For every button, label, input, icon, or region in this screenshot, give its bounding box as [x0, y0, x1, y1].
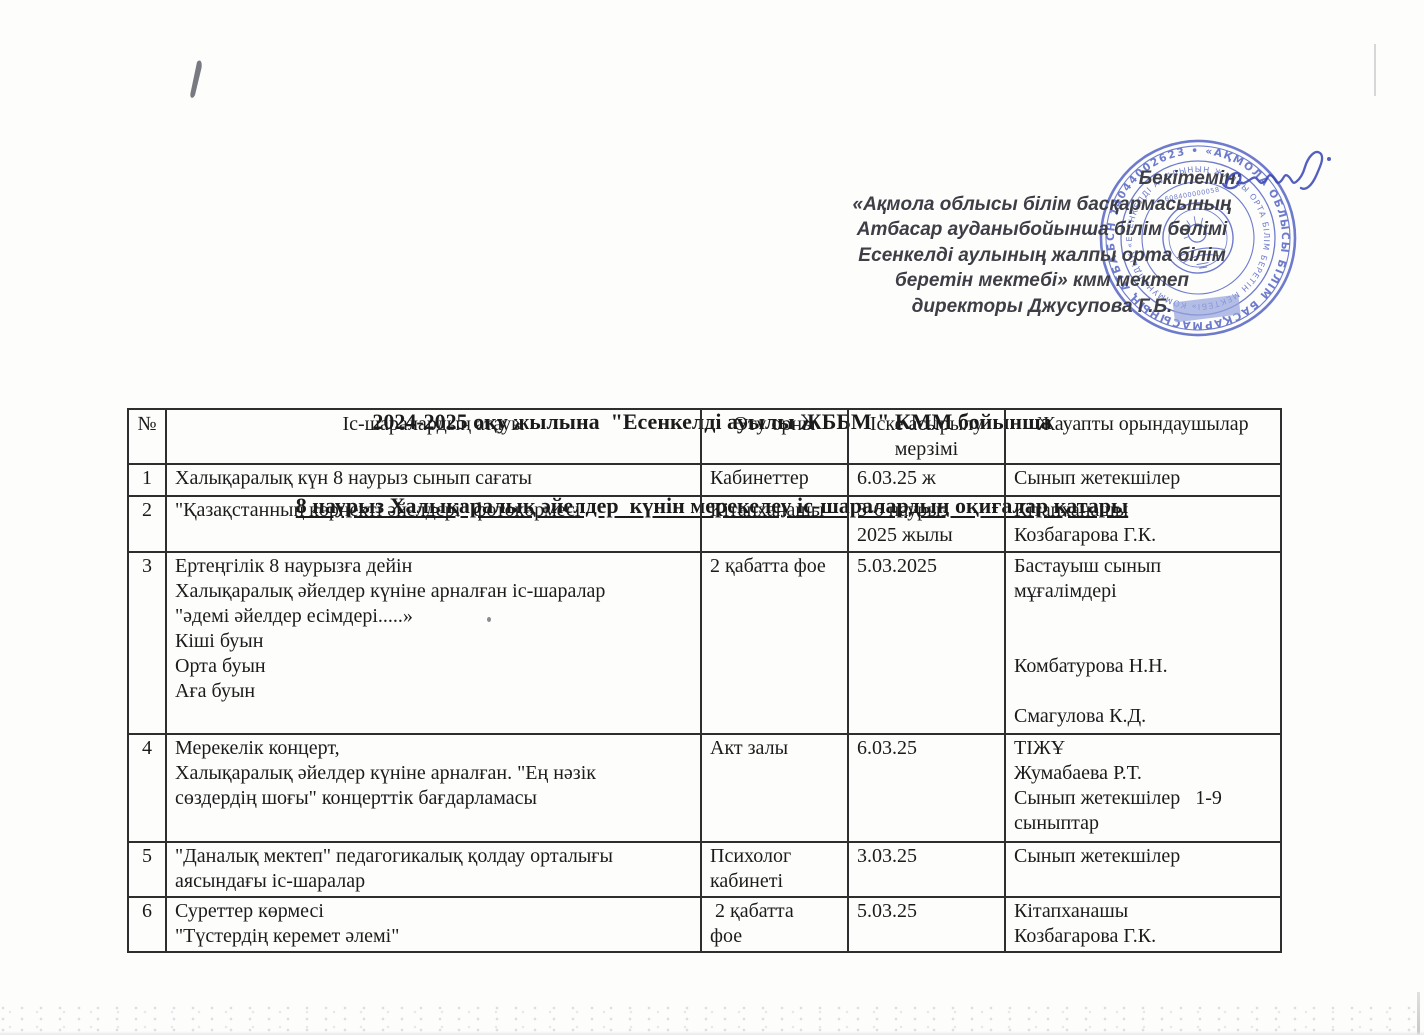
scan-bottom-edge	[0, 1031, 1424, 1035]
column-header: Іс-шаралардың атауы	[166, 409, 701, 464]
table-row: 4Мерекелік концерт, Халықаралық әйелдер …	[128, 734, 1281, 842]
approve-label: Бекітемін:	[830, 166, 1254, 192]
responsible-cell: Бастауыш сынып мұғалімдері Комбатурова Н…	[1005, 552, 1281, 734]
column-header: Іске асырылу мерзімі	[848, 409, 1005, 464]
approval-director-line: директоры Джусупова Г.Б.	[830, 294, 1254, 320]
column-header: Жауапты орындаушылар	[1005, 409, 1281, 464]
approval-org-line: беретін мектебі» кмм мектеп	[830, 268, 1254, 294]
date-cell: 3.03.25	[848, 842, 1005, 897]
approval-org-line: «Ақмола облысы білім басқармасының	[830, 192, 1254, 218]
row-number-cell: 6	[128, 897, 166, 952]
director-signature	[1212, 138, 1352, 208]
signature-ink-dot	[1327, 157, 1331, 161]
responsible-cell: ТІЖҰ Жумабаева Р.Т. Сынып жетекшілер 1-9…	[1005, 734, 1281, 842]
table-row: 5"Даналық мектеп" педагогикалық қолдау о…	[128, 842, 1281, 897]
table-header-row: №Іс-шаралардың атауыӨту орныІске асырылу…	[128, 409, 1281, 464]
event-name-cell: Халықаралық күн 8 наурыз сынып сағаты	[166, 464, 701, 496]
table-row: 1Халықаралық күн 8 наурыз сынып сағатыКа…	[128, 464, 1281, 496]
venue-cell: 2 қабатта фое	[701, 552, 848, 734]
events-table: №Іс-шаралардың атауыӨту орныІске асырылу…	[127, 408, 1282, 953]
approval-org-line: Есенкелді аулының жалпы орта білім	[830, 243, 1254, 269]
scanned-document-page: БСН 14044002623 • «АҚМОЛА ОБЛЫСЫ БІЛІМ Б…	[0, 0, 1424, 1035]
responsible-cell: Кітапханашы Козбагарова Г.К.	[1005, 496, 1281, 552]
date-cell: 6.03.25 ж	[848, 464, 1005, 496]
event-name-cell: Ертеңгілік 8 наурызға дейін Халықаралық …	[166, 552, 701, 734]
event-name-cell: Мерекелік концерт, Халықаралық әйелдер к…	[166, 734, 701, 842]
table-row: 2"Қазақстанның көрнекті әйелдері" фотокө…	[128, 496, 1281, 552]
column-header: Өту орны	[701, 409, 848, 464]
row-number-cell: 4	[128, 734, 166, 842]
date-cell: 5.03.2025	[848, 552, 1005, 734]
venue-cell: Кітапханашы	[701, 496, 848, 552]
date-cell: 3-6 наурыз 2025 жылы	[848, 496, 1005, 552]
responsible-cell: Сынып жетекшілер	[1005, 464, 1281, 496]
scan-dot-artifact	[487, 617, 491, 622]
column-header: №	[128, 409, 166, 464]
row-number-cell: 1	[128, 464, 166, 496]
venue-cell: Кабинеттер	[701, 464, 848, 496]
date-cell: 5.03.25	[848, 897, 1005, 952]
event-name-cell: "Даналық мектеп" педагогикалық қолдау ор…	[166, 842, 701, 897]
row-number-cell: 5	[128, 842, 166, 897]
event-name-cell: "Қазақстанның көрнекті әйелдері" фотокөр…	[166, 496, 701, 552]
row-number-cell: 2	[128, 496, 166, 552]
table-row: 6Суреттер көрмесі "Түстердің керемет әле…	[128, 897, 1281, 952]
approval-block: Бекітемін: «Ақмола облысы білім басқарма…	[830, 166, 1254, 319]
table-body: 1Халықаралық күн 8 наурыз сынып сағатыКа…	[128, 464, 1281, 952]
venue-cell: 2 қабатта фое	[701, 897, 848, 952]
table-row: 3Ертеңгілік 8 наурызға дейін Халықаралық…	[128, 552, 1281, 734]
responsible-cell: Сынып жетекшілер	[1005, 842, 1281, 897]
scan-line-artifact	[1374, 44, 1376, 96]
venue-cell: Психолог кабинеті	[701, 842, 848, 897]
venue-cell: Акт залы	[701, 734, 848, 842]
approval-org-line: Атбасар ауданыбойынша білім бөлімі	[830, 217, 1254, 243]
date-cell: 6.03.25	[848, 734, 1005, 842]
scan-smudge-mark	[184, 56, 210, 104]
row-number-cell: 3	[128, 552, 166, 734]
event-name-cell: Суреттер көрмесі "Түстердің керемет әлем…	[166, 897, 701, 952]
responsible-cell: Кітапханашы Козбагарова Г.К.	[1005, 897, 1281, 952]
